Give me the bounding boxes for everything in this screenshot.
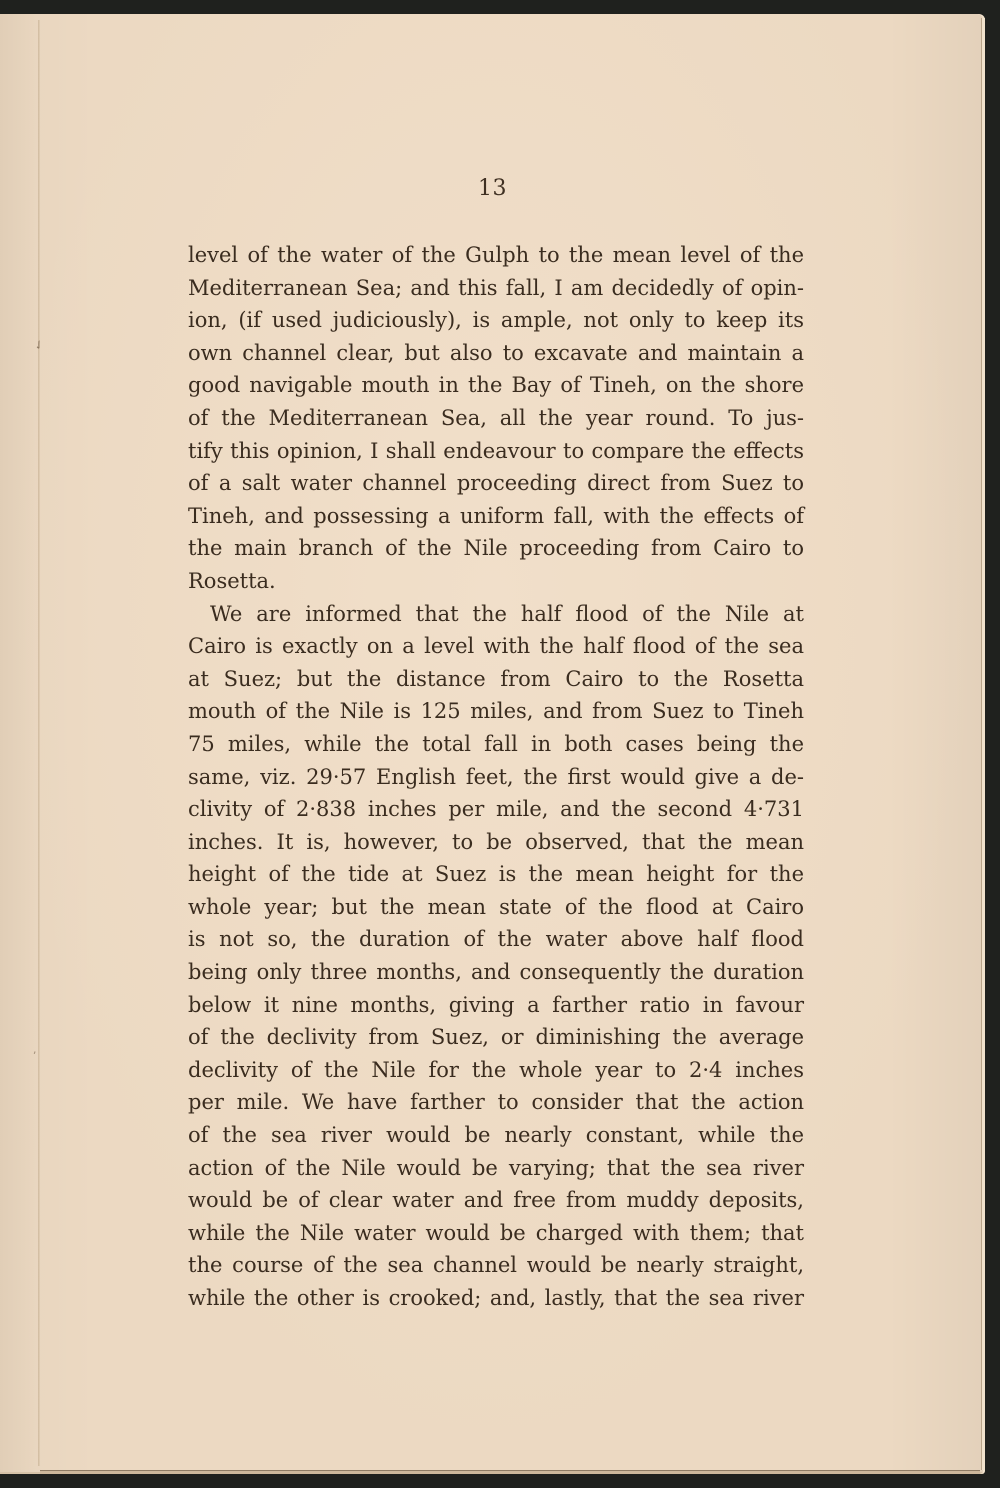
text-line: while the Nile water would be charged wi… xyxy=(188,1217,804,1250)
text-line: good navigable mouth in the Bay of Tineh… xyxy=(188,369,804,402)
text-line: height of the tide at Suez is the mean h… xyxy=(188,858,804,891)
text-line: is not so, the duration of the water abo… xyxy=(188,923,804,956)
text-line: own channel clear, but also to excavate … xyxy=(188,337,804,370)
page-edge-right xyxy=(981,18,985,1470)
text-line: clivity of 2·838 inches per mile, and th… xyxy=(188,793,804,826)
text-line: the main branch of the Nile proceeding f… xyxy=(188,532,804,565)
book-page: ✓ ’ 13 level of the water of the Gulph t… xyxy=(0,14,985,1474)
text-line: the course of the sea channel would be n… xyxy=(188,1249,804,1282)
text-line: at Suez; but the distance from Cairo to … xyxy=(188,663,804,696)
text-line: ion, (if used judiciously), is ample, no… xyxy=(188,304,804,337)
text-line: per mile. We have farther to consider th… xyxy=(188,1086,804,1119)
text-line: declivity of the Nile for the whole year… xyxy=(188,1054,804,1087)
text-line: Tineh, and possessing a uniform fall, wi… xyxy=(188,500,804,533)
text-line: level of the water of the Gulph to the m… xyxy=(188,239,804,272)
text-line: below it nine months, giving a farther r… xyxy=(188,989,804,1022)
text-line: action of the Nile would be varying; tha… xyxy=(188,1152,804,1185)
paragraph-start-line: We are informed that the half flood of t… xyxy=(188,598,804,631)
binding-fold xyxy=(38,20,40,1466)
text-line: would be of clear water and free from mu… xyxy=(188,1184,804,1217)
page-number: 13 xyxy=(0,176,985,201)
text-line: of a salt water channel proceeding direc… xyxy=(188,467,804,500)
text-line: of the declivity from Suez, or diminishi… xyxy=(188,1021,804,1054)
body-text: level of the water of the Gulph to the m… xyxy=(188,239,804,1315)
text-line: inches. It is, however, to be observed, … xyxy=(188,826,804,859)
text-line: Mediterranean Sea; and this fall, I am d… xyxy=(188,272,804,305)
text-line: tify this opinion, I shall endeavour to … xyxy=(188,435,804,468)
page-edge-bottom xyxy=(40,1470,980,1474)
text-line: while the other is crooked; and, lastly,… xyxy=(188,1282,804,1315)
text-line: being only three months, and consequentl… xyxy=(188,956,804,989)
text-line: whole year; but the mean state of the fl… xyxy=(188,891,804,924)
text-line: of the sea river would be nearly constan… xyxy=(188,1119,804,1152)
gutter-shadow xyxy=(0,14,38,1474)
text-line: mouth of the Nile is 125 miles, and from… xyxy=(188,695,804,728)
text-line: of the Mediterranean Sea, all the year r… xyxy=(188,402,804,435)
text-line: Cairo is exactly on a level with the hal… xyxy=(188,630,804,663)
text-line: 75 miles, while the total fall in both c… xyxy=(188,728,804,761)
paragraph-end-line: Rosetta. xyxy=(188,565,804,598)
text-line: same, viz. 29·57 English feet, the first… xyxy=(188,761,804,794)
margin-mark-icon: ’ xyxy=(33,1052,36,1062)
